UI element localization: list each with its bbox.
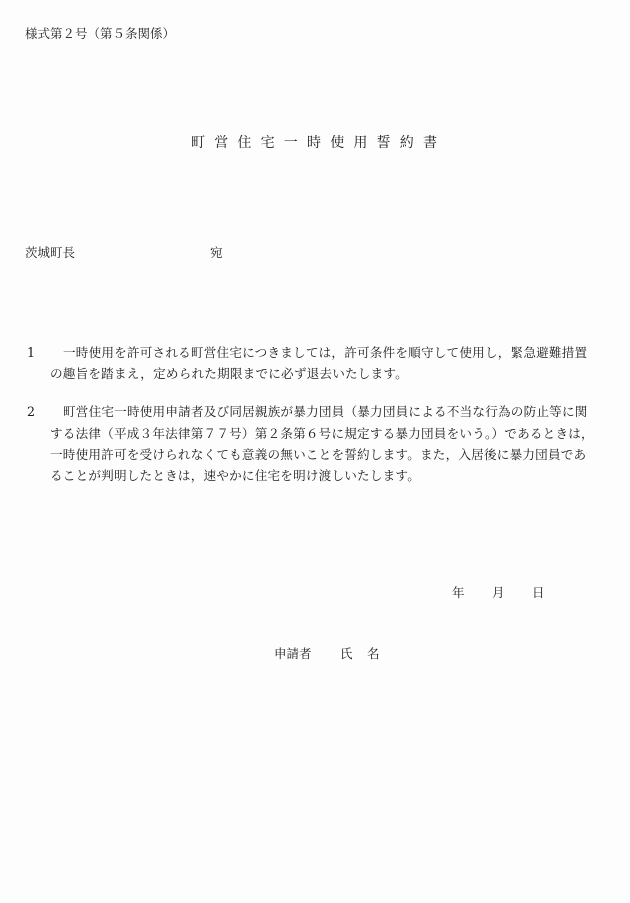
clause-number: 1 [27, 347, 35, 360]
form-number-label: 様式第２号（第５条関係） [25, 28, 175, 41]
clause-line: ることが判明したときは，速やかに住宅を明け渡しいたします。 [50, 470, 420, 483]
clause-line: 町営住宅一時使用申請者及び同居親族が暴力団員（暴力団員による不当な行為の防止等に… [63, 406, 588, 419]
applicant-label: 申請者 [274, 648, 312, 661]
applicant-name-label-2: 名 [367, 648, 380, 661]
clause-line: 一時使用を許可される町営住宅につきましては，許可条件を順守して使用し，緊急避難措… [63, 347, 587, 360]
clause-number: 2 [27, 406, 35, 419]
date-year-label: 年 [452, 587, 465, 600]
clause-line: 一時使用許可を受けられなくても意義の無いことを誓約します。また，入居後に暴力団員… [50, 449, 586, 462]
clause-line: の趣旨を踏まえ，定められた期限までに必ず退去いたします。 [50, 368, 408, 381]
date-month-label: 月 [492, 587, 505, 600]
applicant-name-label-1: 氏 [340, 648, 353, 661]
document-title: 町営住宅一時使用誓約書 [191, 136, 446, 150]
clause-line: する法律（平成３年法律第７７号）第２条第６号に規定する暴力団員をいう。）であると… [50, 428, 594, 441]
addressee-suffix: 宛 [210, 247, 223, 260]
date-day-label: 日 [532, 587, 545, 600]
addressee-name: 茨城町長 [25, 247, 75, 260]
